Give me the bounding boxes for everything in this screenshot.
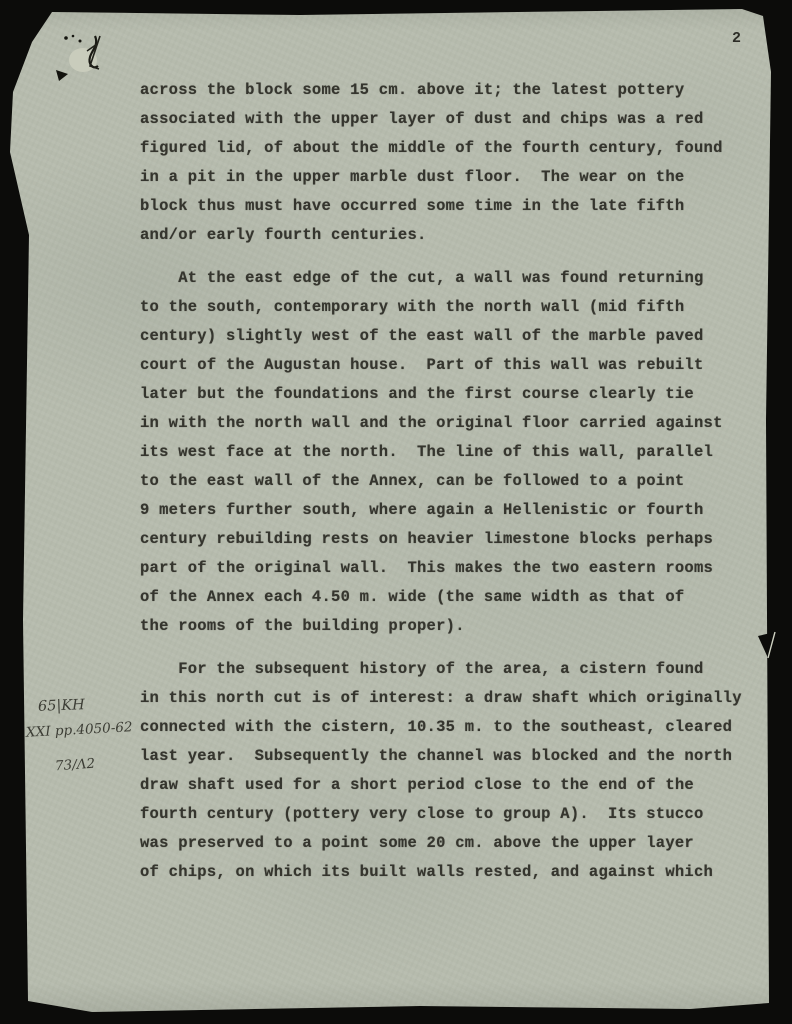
- tear-notch: [754, 628, 782, 662]
- paragraph-3: For the subsequent history of the area, …: [140, 655, 780, 887]
- margin-note-line-2: XXI pp.4050-62: [26, 719, 133, 741]
- paragraph-1: across the block some 15 cm. above it; t…: [140, 76, 780, 250]
- paper-sheet: 2 across the block some 15 cm. above it;…: [0, 0, 792, 1024]
- margin-note-line-1: 65|KH: [38, 697, 85, 715]
- staple-mark: [40, 20, 120, 90]
- scan-background: 2 across the block some 15 cm. above it;…: [0, 0, 792, 1024]
- paragraph-2: At the east edge of the cut, a wall was …: [140, 264, 780, 641]
- margin-note-line-3: 73/Λ2: [54, 756, 95, 775]
- page-number: 2: [732, 30, 742, 47]
- typed-text: across the block some 15 cm. above it; t…: [140, 76, 780, 887]
